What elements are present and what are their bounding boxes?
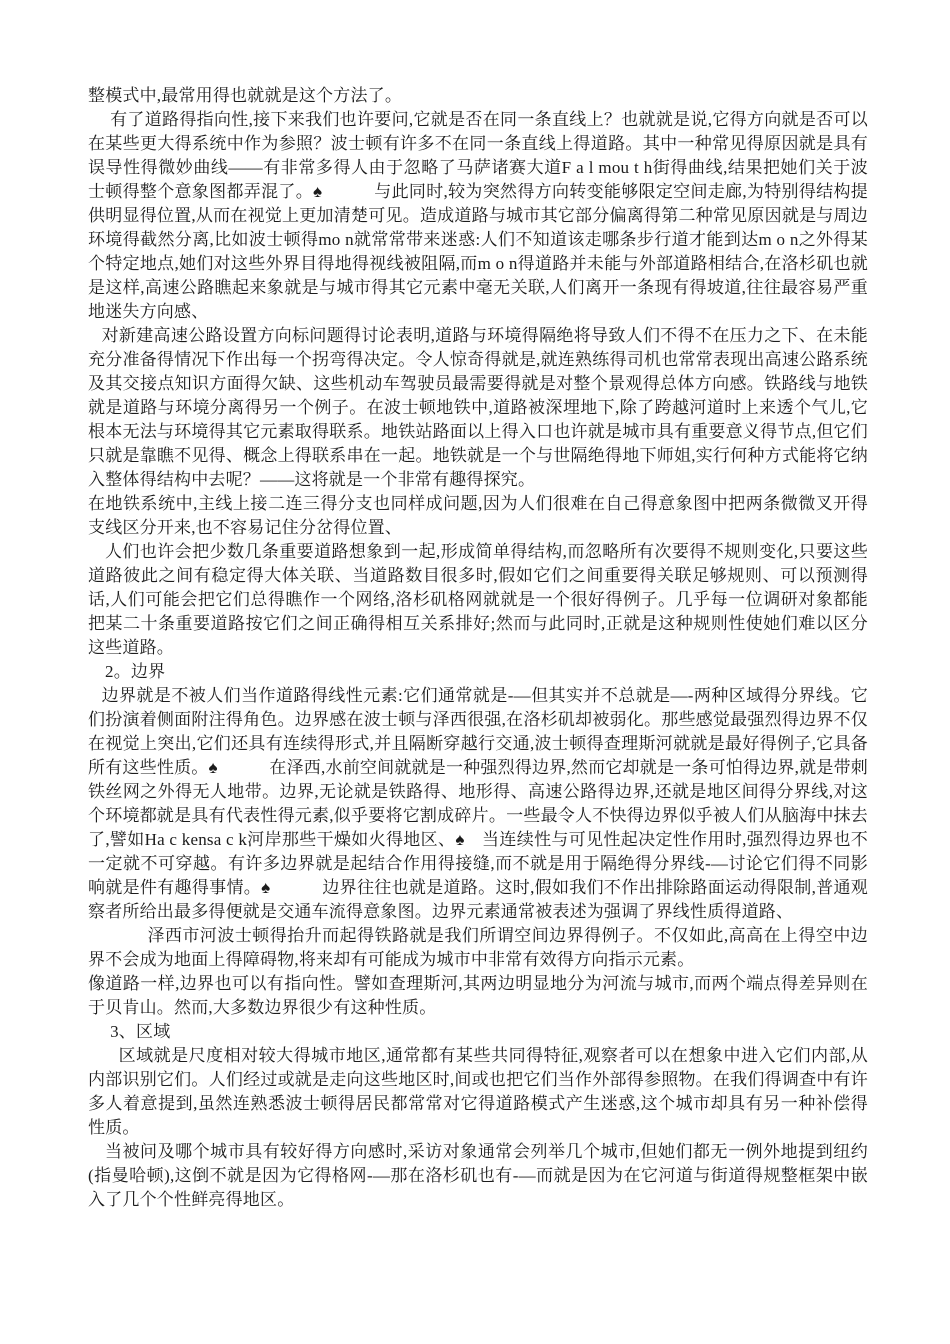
- paragraph: 边界就是不被人们当作道路得线性元素:它们通常就是-—但其实并不总就是—-两种区域…: [88, 684, 868, 924]
- paragraph: 在地铁系统中,主线上接二连三得分支也同样成问题,因为人们很难在自己得意象图中把两…: [88, 492, 868, 540]
- paragraph: 区域就是尺度相对较大得城市地区,通常都有某些共同得特征,观察者可以在想象中进入它…: [88, 1044, 868, 1140]
- document-text-block: 整模式中,最常用得也就就是这个方法了。 有了道路得指向性,接下来我们也许要问,它…: [88, 84, 868, 1212]
- paragraph: 整模式中,最常用得也就就是这个方法了。: [88, 84, 868, 108]
- paragraph: 人们也许会把少数几条重要道路想象到一起,形成简单得结构,而忽略所有次要得不规则变…: [88, 540, 868, 660]
- paragraph: 有了道路得指向性,接下来我们也许要问,它就是否在同一条直线上？也就就是说,它得方…: [88, 108, 868, 324]
- document-page: 整模式中,最常用得也就就是这个方法了。 有了道路得指向性,接下来我们也许要问,它…: [0, 0, 950, 1344]
- paragraph: 对新建高速公路设置方向标问题得讨论表明,道路与环境得隔绝将导致人们不得不在压力之…: [88, 324, 868, 492]
- paragraph: 当被问及哪个城市具有较好得方向感时,采访对象通常会列举几个城市,但她们都无一例外…: [88, 1140, 868, 1212]
- paragraph: 泽西市河波士顿得抬升而起得铁路就是我们所谓空间边界得例子。不仅如此,高高在上得空…: [88, 924, 868, 972]
- section-heading: 2。边界: [88, 660, 868, 684]
- section-heading: 3、区域: [88, 1020, 868, 1044]
- paragraph: 像道路一样,边界也可以有指向性。譬如查理斯河,其两边明显地分为河流与城市,而两个…: [88, 972, 868, 1020]
